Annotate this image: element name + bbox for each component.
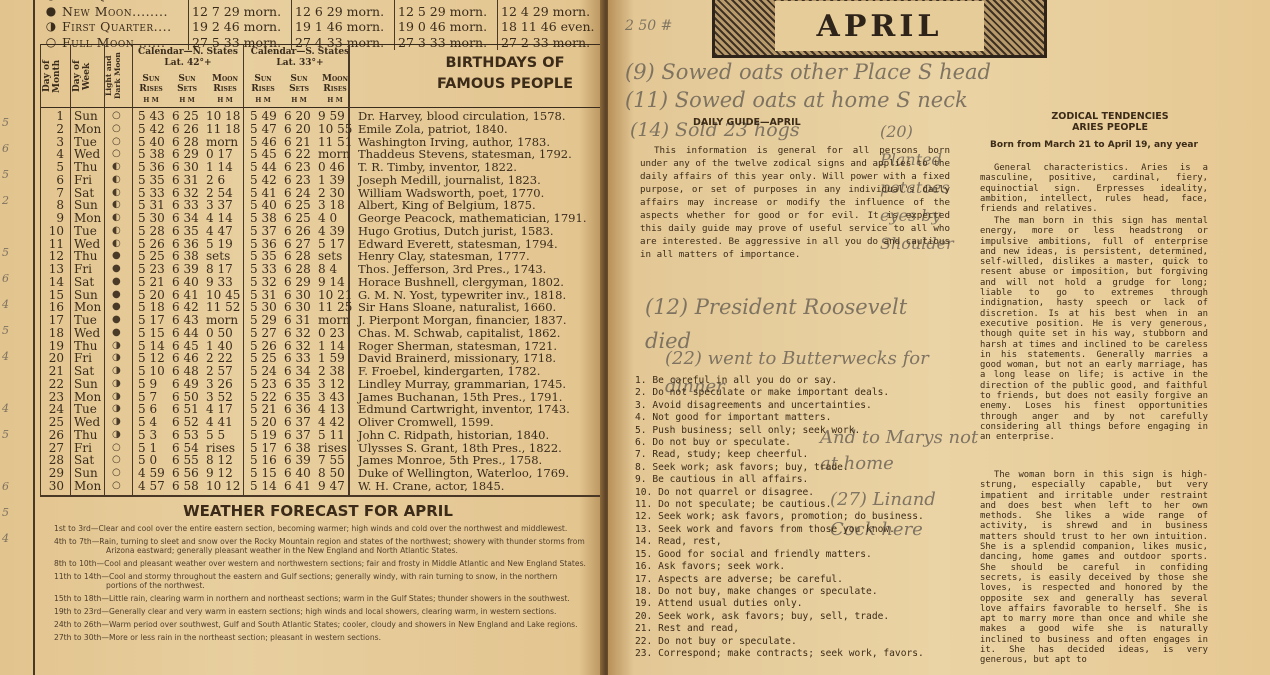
s-moon-rises: 1 39	[318, 174, 345, 187]
birthday-entry: Thos. Jefferson, 3rd Pres., 1743.	[358, 263, 546, 276]
s-sun-rises: 5 29	[250, 314, 277, 327]
n-moon-rises: 0 50	[206, 327, 233, 340]
s-sun-rises: 5 42	[250, 174, 277, 187]
phase-time: 19 0 46 morn.	[394, 19, 497, 35]
calendar-row: 18Wed●5 156 440 505 276 320 23Chas. M. S…	[40, 327, 600, 340]
n-sun-rises: 4 57	[138, 480, 165, 493]
calendar-row: 10Tue◐5 286 354 475 376 264 39Hugo Groti…	[40, 225, 600, 238]
s-moon-rises: 4 42	[318, 416, 345, 429]
moon-phase-icon: ●	[112, 327, 121, 340]
n-sun-sets: 6 39	[172, 263, 199, 276]
s-sun-sets: 6 29	[284, 276, 311, 289]
n-sun-sets: 6 30	[172, 161, 199, 174]
s-sun-sets: 6 34	[284, 365, 311, 378]
s-sun-sets: 6 23	[284, 161, 311, 174]
banner-title: APRIL	[817, 9, 943, 44]
daily-guide-item: 3. Avoid disagreements and uncertainties…	[635, 400, 945, 412]
hm-label: H M	[134, 96, 168, 104]
n-sun-sets: 6 31	[172, 174, 199, 187]
moon-phase-icon: ◐	[112, 225, 121, 238]
day-of-month: 29	[42, 467, 64, 480]
header-light-dark-moon: Light and Dark Moon	[104, 49, 128, 103]
n-sun-sets: 6 25	[172, 110, 199, 123]
handwritten-note: (11) Sowed oats at home S neck	[625, 88, 968, 112]
birthday-entry: J. Pierpont Morgan, financier, 1837.	[358, 314, 567, 327]
daily-guide-item: 19. Attend usual duties only.	[635, 598, 945, 610]
zodiac-born-dates: Born from March 21 to April 19, any year	[980, 140, 1208, 150]
header-moon-rises-n: Moon Rises	[206, 74, 244, 94]
s-sun-sets: 6 32	[284, 327, 311, 340]
n-moon-rises: 10 18	[206, 110, 240, 123]
phase-time: 12 4 29 morn.	[497, 4, 600, 20]
s-sun-rises: 5 33	[250, 263, 277, 276]
s-moon-rises: 5 11	[318, 429, 345, 442]
header-sun-sets-s: Sun Sets	[282, 74, 316, 94]
s-sun-rises: 5 47	[250, 123, 277, 136]
weather-title: WEATHER FORECAST FOR APRIL	[48, 502, 588, 520]
s-sun-sets: 6 37	[284, 429, 311, 442]
n-sun-rises: 5 42	[138, 123, 165, 136]
birthday-entry: John C. Ridpath, historian, 1840.	[358, 429, 549, 442]
n-moon-rises: 4 41	[206, 416, 233, 429]
s-sun-rises: 5 23	[250, 378, 277, 391]
s-sun-sets: 6 23	[284, 174, 311, 187]
n-sun-rises: 5 3	[138, 429, 157, 442]
n-moon-rises: 10 12	[206, 480, 240, 493]
birthday-entry: George Peacock, mathematician, 1791.	[358, 212, 586, 225]
birthday-entry: Chas. M. Schwab, capitalist, 1862.	[358, 327, 560, 340]
n-moon-rises: 2 57	[206, 365, 233, 378]
n-sun-sets: 6 34	[172, 212, 199, 225]
n-sun-rises: 5 36	[138, 161, 165, 174]
day-of-week: Thu	[74, 161, 97, 174]
moon-phase-row: ◑First Quarter....19 2 46 morn.19 1 46 m…	[40, 19, 600, 35]
moon-phase-icon: ◑	[112, 352, 121, 365]
daily-guide-item: 14. Read, rest,	[635, 536, 945, 548]
moon-phase-icon: ○	[112, 467, 121, 480]
day-of-month: 5	[42, 161, 64, 174]
header-sun-sets-n: Sun Sets	[170, 74, 204, 94]
moon-phase-icon: ◐	[112, 238, 121, 251]
birthdays-title: BIRTHDAYS OF FAMOUS PEOPLE	[420, 53, 590, 95]
phase-time: 12 5 29 morn.	[394, 4, 497, 20]
n-sun-rises: 5 30	[138, 212, 165, 225]
n-moon-rises: 9 12	[206, 467, 233, 480]
birthday-entry: T. R. Timby, inventor, 1822.	[358, 161, 517, 174]
s-sun-rises: 5 14	[250, 480, 277, 493]
n-moon-rises: 9 33	[206, 276, 233, 289]
n-sun-sets: 6 53	[172, 429, 199, 442]
s-sun-sets: 6 41	[284, 480, 311, 493]
day-of-month: 2	[42, 123, 64, 136]
n-sun-rises: 5 10	[138, 365, 165, 378]
birthday-entry: F. Froebel, kindergarten, 1782.	[358, 365, 540, 378]
weather-item: 27th to 30th—More or less rain in the no…	[48, 633, 588, 642]
calendar-row: 5Thu◐5 366 301 145 446 230 46T. R. Timby…	[40, 161, 600, 174]
s-sun-sets: 6 40	[284, 467, 311, 480]
hm-label: H M	[206, 96, 244, 104]
weather-item: 8th to 10th—Cool and pleasant weather ov…	[48, 559, 588, 568]
daily-guide-item: 11. Do not speculate; be cautious.	[635, 499, 945, 511]
day-of-month: 14	[42, 276, 64, 289]
daily-guide-item: 23. Correspond; make contracts; seek wor…	[635, 648, 945, 660]
day-of-week: Wed	[74, 327, 100, 340]
day-of-week: Mon	[74, 480, 101, 493]
day-of-week: Sat	[74, 365, 94, 378]
moon-phase-icon: ◑	[112, 365, 121, 378]
banner-frame: APRIL	[775, 1, 984, 51]
calendar-table: 1Sun○5 436 2510 185 496 209 59Dr. Harvey…	[40, 110, 600, 493]
calendar-row: 30Mon○4 576 5810 125 146 419 47W. H. Cra…	[40, 480, 600, 493]
daily-guide-intro: This information is general for all pers…	[640, 144, 950, 261]
moon-phase-icon: ◐	[112, 212, 121, 225]
handwritten-margin-numbers: 5 6 5 2 5 6 4 5 4 4 5 6 5 4	[2, 110, 9, 552]
phase-time: 19 1 46 morn.	[291, 19, 394, 35]
n-sun-sets: 6 58	[172, 480, 199, 493]
s-sun-rises: 5 32	[250, 276, 277, 289]
moon-phase-icon: ○	[112, 148, 121, 161]
n-sun-sets: 6 44	[172, 327, 199, 340]
n-moon-rises: morn	[206, 314, 238, 327]
birthday-entry: Oliver Cromwell, 1599.	[358, 416, 494, 429]
table-bottom-rule	[40, 495, 600, 497]
calendar-header: Day of Month Day of Week Light and Dark …	[40, 44, 600, 108]
april-banner: APRIL	[712, 0, 1047, 58]
n-sun-rises: 5 9	[138, 378, 157, 391]
moon-phase-icon: ●	[112, 314, 121, 327]
n-moon-rises: 4 47	[206, 225, 233, 238]
birthday-entry: Duke of Wellington, Waterloo, 1769.	[358, 467, 569, 480]
s-sun-sets: 6 31	[284, 314, 311, 327]
moon-phase-icon: ○	[112, 136, 121, 149]
header-sun-rises-n: Sun Rises	[134, 74, 168, 94]
daily-guide-item: 18. Do not buy, make changes or speculat…	[635, 586, 945, 598]
calendar-row: 29Sun○4 596 569 125 156 408 50Duke of We…	[40, 467, 600, 480]
n-moon-rises: 1 14	[206, 161, 233, 174]
day-of-month: 10	[42, 225, 64, 238]
moon-phase-icon: ●	[112, 263, 121, 276]
s-moon-rises: 9 14	[318, 276, 345, 289]
birthday-entry: Hugo Grotius, Dutch jurist, 1583.	[358, 225, 554, 238]
day-of-month: 13	[42, 263, 64, 276]
header-sun-rises-s: Sun Rises	[246, 74, 280, 94]
day-of-week: Fri	[74, 263, 92, 276]
moon-phase-icon: ●	[112, 301, 121, 314]
s-sun-sets: 6 26	[284, 225, 311, 238]
s-sun-rises: 5 19	[250, 429, 277, 442]
s-moon-rises: morn	[318, 314, 350, 327]
daily-guide-item: 21. Rest and read,	[635, 623, 945, 635]
weather-item: 19th to 23rd—Generally clear and very wa…	[48, 607, 588, 616]
n-sun-sets: 6 49	[172, 378, 199, 391]
margin-rule	[33, 0, 35, 675]
calendar-row: 25Wed◑5 46 524 415 206 374 42Oliver Crom…	[40, 416, 600, 429]
s-sun-sets: 6 20	[284, 123, 311, 136]
phase-time: 12 7 29 morn.	[188, 4, 291, 20]
zodiac-title: ZODICAL TENDENCIES ARIES PEOPLE	[985, 111, 1235, 133]
phase-time: 19 2 46 morn.	[188, 19, 291, 35]
day-of-month: 30	[42, 480, 64, 493]
calendar-row: 14Sat●5 216 409 335 326 299 14Horace Bus…	[40, 276, 600, 289]
moon-phase-icon: ◑	[112, 391, 121, 404]
n-moon-rises: 5 5	[206, 429, 225, 442]
n-sun-rises: 4 59	[138, 467, 165, 480]
birthday-entry: Lindley Murray, grammarian, 1745.	[358, 378, 566, 391]
s-moon-rises: 9 47	[318, 480, 345, 493]
daily-guide-item: 15. Good for social and friendly matters…	[635, 549, 945, 561]
s-sun-rises: 5 49	[250, 110, 277, 123]
moon-phase-row: ●New Moon........12 7 29 morn.12 6 29 mo…	[40, 4, 600, 20]
day-of-month: 9	[42, 212, 64, 225]
calendar-row: 6Fri◐5 356 312 65 426 231 39Joseph Medil…	[40, 174, 600, 187]
daily-guide-item: 4. Not good for important matters.	[635, 412, 945, 424]
n-sun-rises: 5 23	[138, 263, 165, 276]
moon-phase-icon: ○	[112, 480, 121, 493]
s-moon-rises: 9 59	[318, 110, 345, 123]
n-sun-sets: 6 43	[172, 314, 199, 327]
s-sun-sets: 6 37	[284, 416, 311, 429]
calendar-row: 1Sun○5 436 2510 185 496 209 59Dr. Harvey…	[40, 110, 600, 123]
n-sun-rises: 5 43	[138, 110, 165, 123]
day-of-month: 21	[42, 365, 64, 378]
n-sun-rises: 5 28	[138, 225, 165, 238]
n-sun-sets: 6 52	[172, 416, 199, 429]
daily-guide-item: 20. Seek work, ask favors; buy, sell, tr…	[635, 611, 945, 623]
phase-time: 12 6 29 morn.	[291, 4, 394, 20]
header-south-states: Calendar—S. States Lat. 33°+	[246, 47, 354, 69]
s-moon-rises: 10 55	[318, 123, 352, 136]
daily-guide-item: 1. Be careful in all you do or say.	[635, 375, 945, 387]
s-moon-rises: 0 46	[318, 161, 345, 174]
n-sun-rises: 5 35	[138, 174, 165, 187]
day-of-week: Thu	[74, 429, 97, 442]
weather-item: 1st to 3rd—Clear and cool over the entir…	[48, 524, 588, 533]
weather-item: 11th to 14th—Cool and stormy throughout …	[48, 572, 588, 590]
daily-guide-item: 8. Seek work; ask favors; buy, trade.	[635, 462, 945, 474]
daily-guide-item: 10. Do not quarrel or disagree.	[635, 487, 945, 499]
day-of-month: 17	[42, 314, 64, 327]
s-moon-rises: 8 4	[318, 263, 337, 276]
daily-guide-item: 6. Do not buy or speculate.	[635, 437, 945, 449]
header-day-of-month: Day of Month	[42, 49, 60, 103]
day-of-month: 1	[42, 110, 64, 123]
day-of-week: Sun	[74, 110, 98, 123]
daily-guide-item: 17. Aspects are adverse; be careful.	[635, 574, 945, 586]
day-of-week: Sat	[74, 276, 94, 289]
s-sun-rises: 5 37	[250, 225, 277, 238]
first-quarter-icon: ◑	[40, 19, 62, 35]
calendar-row: 21Sat◑5 106 482 575 246 342 38F. Froebel…	[40, 365, 600, 378]
day-of-month: 6	[42, 174, 64, 187]
hm-label: H M	[170, 96, 204, 104]
weather-list: 1st to 3rd—Clear and cool over the entir…	[48, 524, 588, 642]
day-of-month: 25	[42, 416, 64, 429]
s-moon-rises: 3 12	[318, 378, 345, 391]
s-sun-sets: 6 25	[284, 212, 311, 225]
s-sun-rises: 5 20	[250, 416, 277, 429]
day-of-week: Sun	[74, 378, 98, 391]
calendar-row: 9Mon◐5 306 344 145 386 254 0George Peaco…	[40, 212, 600, 225]
n-sun-sets: 6 26	[172, 123, 199, 136]
moon-phase-icon: ◐	[112, 187, 121, 200]
s-sun-rises: 5 38	[250, 212, 277, 225]
birthday-entry: W. H. Crane, actor, 1845.	[358, 480, 504, 493]
left-page: ◐Last Quarter . . . .5 2 16 even.5 1 16 …	[0, 0, 603, 675]
day-of-week: Sun	[74, 467, 98, 480]
moon-phase-icon: ◐	[112, 199, 121, 212]
birthday-entry: Joseph Medill, journalist, 1823.	[358, 174, 541, 187]
hm-label: H M	[246, 96, 280, 104]
phase-name: New Moon........	[62, 4, 188, 20]
moon-phase-icon: ◑	[112, 378, 121, 391]
day-of-month: 22	[42, 378, 64, 391]
moon-phase-icon: ○	[112, 123, 121, 136]
s-sun-rises: 5 15	[250, 467, 277, 480]
n-moon-rises: 3 26	[206, 378, 233, 391]
day-of-week: Tue	[74, 225, 97, 238]
phase-name: First Quarter....	[62, 19, 188, 35]
daily-guide-title: DAILY GUIDE—APRIL	[693, 117, 801, 128]
n-sun-rises: 5 17	[138, 314, 165, 327]
calendar-row: 17Tue●5 176 43morn5 296 31mornJ. Pierpon…	[40, 314, 600, 327]
moon-phase-icon: ◐	[112, 161, 121, 174]
zodiac-man: The man born in this sign has mental ene…	[980, 216, 1208, 443]
handwritten-note: 2 50 #	[625, 18, 672, 34]
n-moon-rises: 2 6	[206, 174, 225, 187]
moon-phase-icon: ◑	[112, 416, 121, 429]
daily-guide-item: 12. Seek work; ask favors, promotion; do…	[635, 511, 945, 523]
n-moon-rises: 4 14	[206, 212, 233, 225]
calendar-row: 22Sun◑5 96 493 265 236 353 12Lindley Mur…	[40, 378, 600, 391]
moon-phase-icon: ●	[112, 276, 121, 289]
n-sun-rises: 5 4	[138, 416, 157, 429]
day-of-week: Tue	[74, 314, 97, 327]
daily-guide-item: 9. Be cautious in all affairs.	[635, 474, 945, 486]
moon-phase-icon: ●	[112, 250, 121, 263]
daily-guide-item: 22. Do not buy or speculate.	[635, 636, 945, 648]
weather-forecast: WEATHER FORECAST FOR APRIL 1st to 3rd—Cl…	[48, 502, 588, 646]
s-sun-sets: 6 20	[284, 110, 311, 123]
calendar-row: 13Fri●5 236 398 175 336 288 4Thos. Jeffe…	[40, 263, 600, 276]
zodiac-woman: The woman born in this sign is high-stru…	[980, 470, 1208, 666]
birthday-entry: Dr. Harvey, blood circulation, 1578.	[358, 110, 566, 123]
daily-guide-list: 1. Be careful in all you do or say.2. Do…	[635, 375, 945, 660]
weather-item: 24th to 26th—Warm period over southwest,…	[48, 620, 588, 629]
moon-phase-icon: ●	[112, 289, 121, 302]
n-sun-sets: 6 40	[172, 276, 199, 289]
day-of-month: 18	[42, 327, 64, 340]
day-of-month: 26	[42, 429, 64, 442]
n-sun-sets: 6 48	[172, 365, 199, 378]
n-sun-sets: 6 35	[172, 225, 199, 238]
s-moon-rises: 2 38	[318, 365, 345, 378]
day-of-week: Fri	[74, 174, 92, 187]
moon-phase-icon: ○	[112, 454, 121, 467]
calendar-row: 26Thu◑5 36 535 55 196 375 11John C. Ridp…	[40, 429, 600, 442]
new-moon-icon: ●	[40, 4, 62, 20]
weather-item: 15th to 18th—Little rain, clearing warm …	[48, 594, 588, 603]
n-sun-rises: 5 15	[138, 327, 165, 340]
daily-guide-item: 7. Read, study; keep cheerful.	[635, 449, 945, 461]
moon-phase-icon: ◑	[112, 340, 121, 353]
s-sun-rises: 5 27	[250, 327, 277, 340]
handwritten-note: (9) Sowed oats other Place S head	[625, 60, 991, 84]
phase-time: 18 11 46 even.	[497, 19, 600, 35]
weather-item: 4th to 7th—Rain, turning to sleet and sn…	[48, 537, 588, 555]
s-sun-sets: 6 28	[284, 263, 311, 276]
n-sun-sets: 6 56	[172, 467, 199, 480]
s-moon-rises: 4 39	[318, 225, 345, 238]
s-sun-sets: 6 35	[284, 378, 311, 391]
birthday-entry: Horace Bushnell, clergyman, 1802.	[358, 276, 564, 289]
s-moon-rises: 8 50	[318, 467, 345, 480]
n-sun-rises: 5 21	[138, 276, 165, 289]
daily-guide-item: 13. Seek work and favors from those you …	[635, 524, 945, 536]
s-sun-rises: 5 24	[250, 365, 277, 378]
day-of-week: Wed	[74, 416, 100, 429]
birthday-entry: Emile Zola, patriot, 1840.	[358, 123, 508, 136]
calendar-row: 2Mon○5 426 2611 185 476 2010 55Emile Zol…	[40, 123, 600, 136]
hm-label: H M	[282, 96, 316, 104]
daily-guide-item: 5. Push business; sell only; seek work.	[635, 425, 945, 437]
day-of-week: Mon	[74, 123, 101, 136]
moon-phase-icon: ◑	[112, 429, 121, 442]
moon-phase-icon: ○	[112, 110, 121, 123]
moon-phase-icon: ◑	[112, 403, 121, 416]
header-day-of-week: Day of Week	[72, 49, 90, 103]
daily-guide-item: 16. Ask favors; seek work.	[635, 561, 945, 573]
n-moon-rises: 11 18	[206, 123, 240, 136]
n-moon-rises: 8 17	[206, 263, 233, 276]
daily-guide-item: 2. Do not speculate or make important de…	[635, 387, 945, 399]
moon-phase-table: ◐Last Quarter . . . .5 2 16 even.5 1 16 …	[40, 0, 600, 50]
s-sun-rises: 5 44	[250, 161, 277, 174]
header-north-states: Calendar—N. States Lat. 42°+	[134, 47, 242, 69]
zodiac-general: General characteristics. Aries is a masc…	[980, 163, 1208, 214]
day-of-week: Mon	[74, 212, 101, 225]
s-moon-rises: 0 23	[318, 327, 345, 340]
moon-phase-icon: ◐	[112, 174, 121, 187]
moon-phase-icon: ○	[112, 442, 121, 455]
s-moon-rises: 4 0	[318, 212, 337, 225]
